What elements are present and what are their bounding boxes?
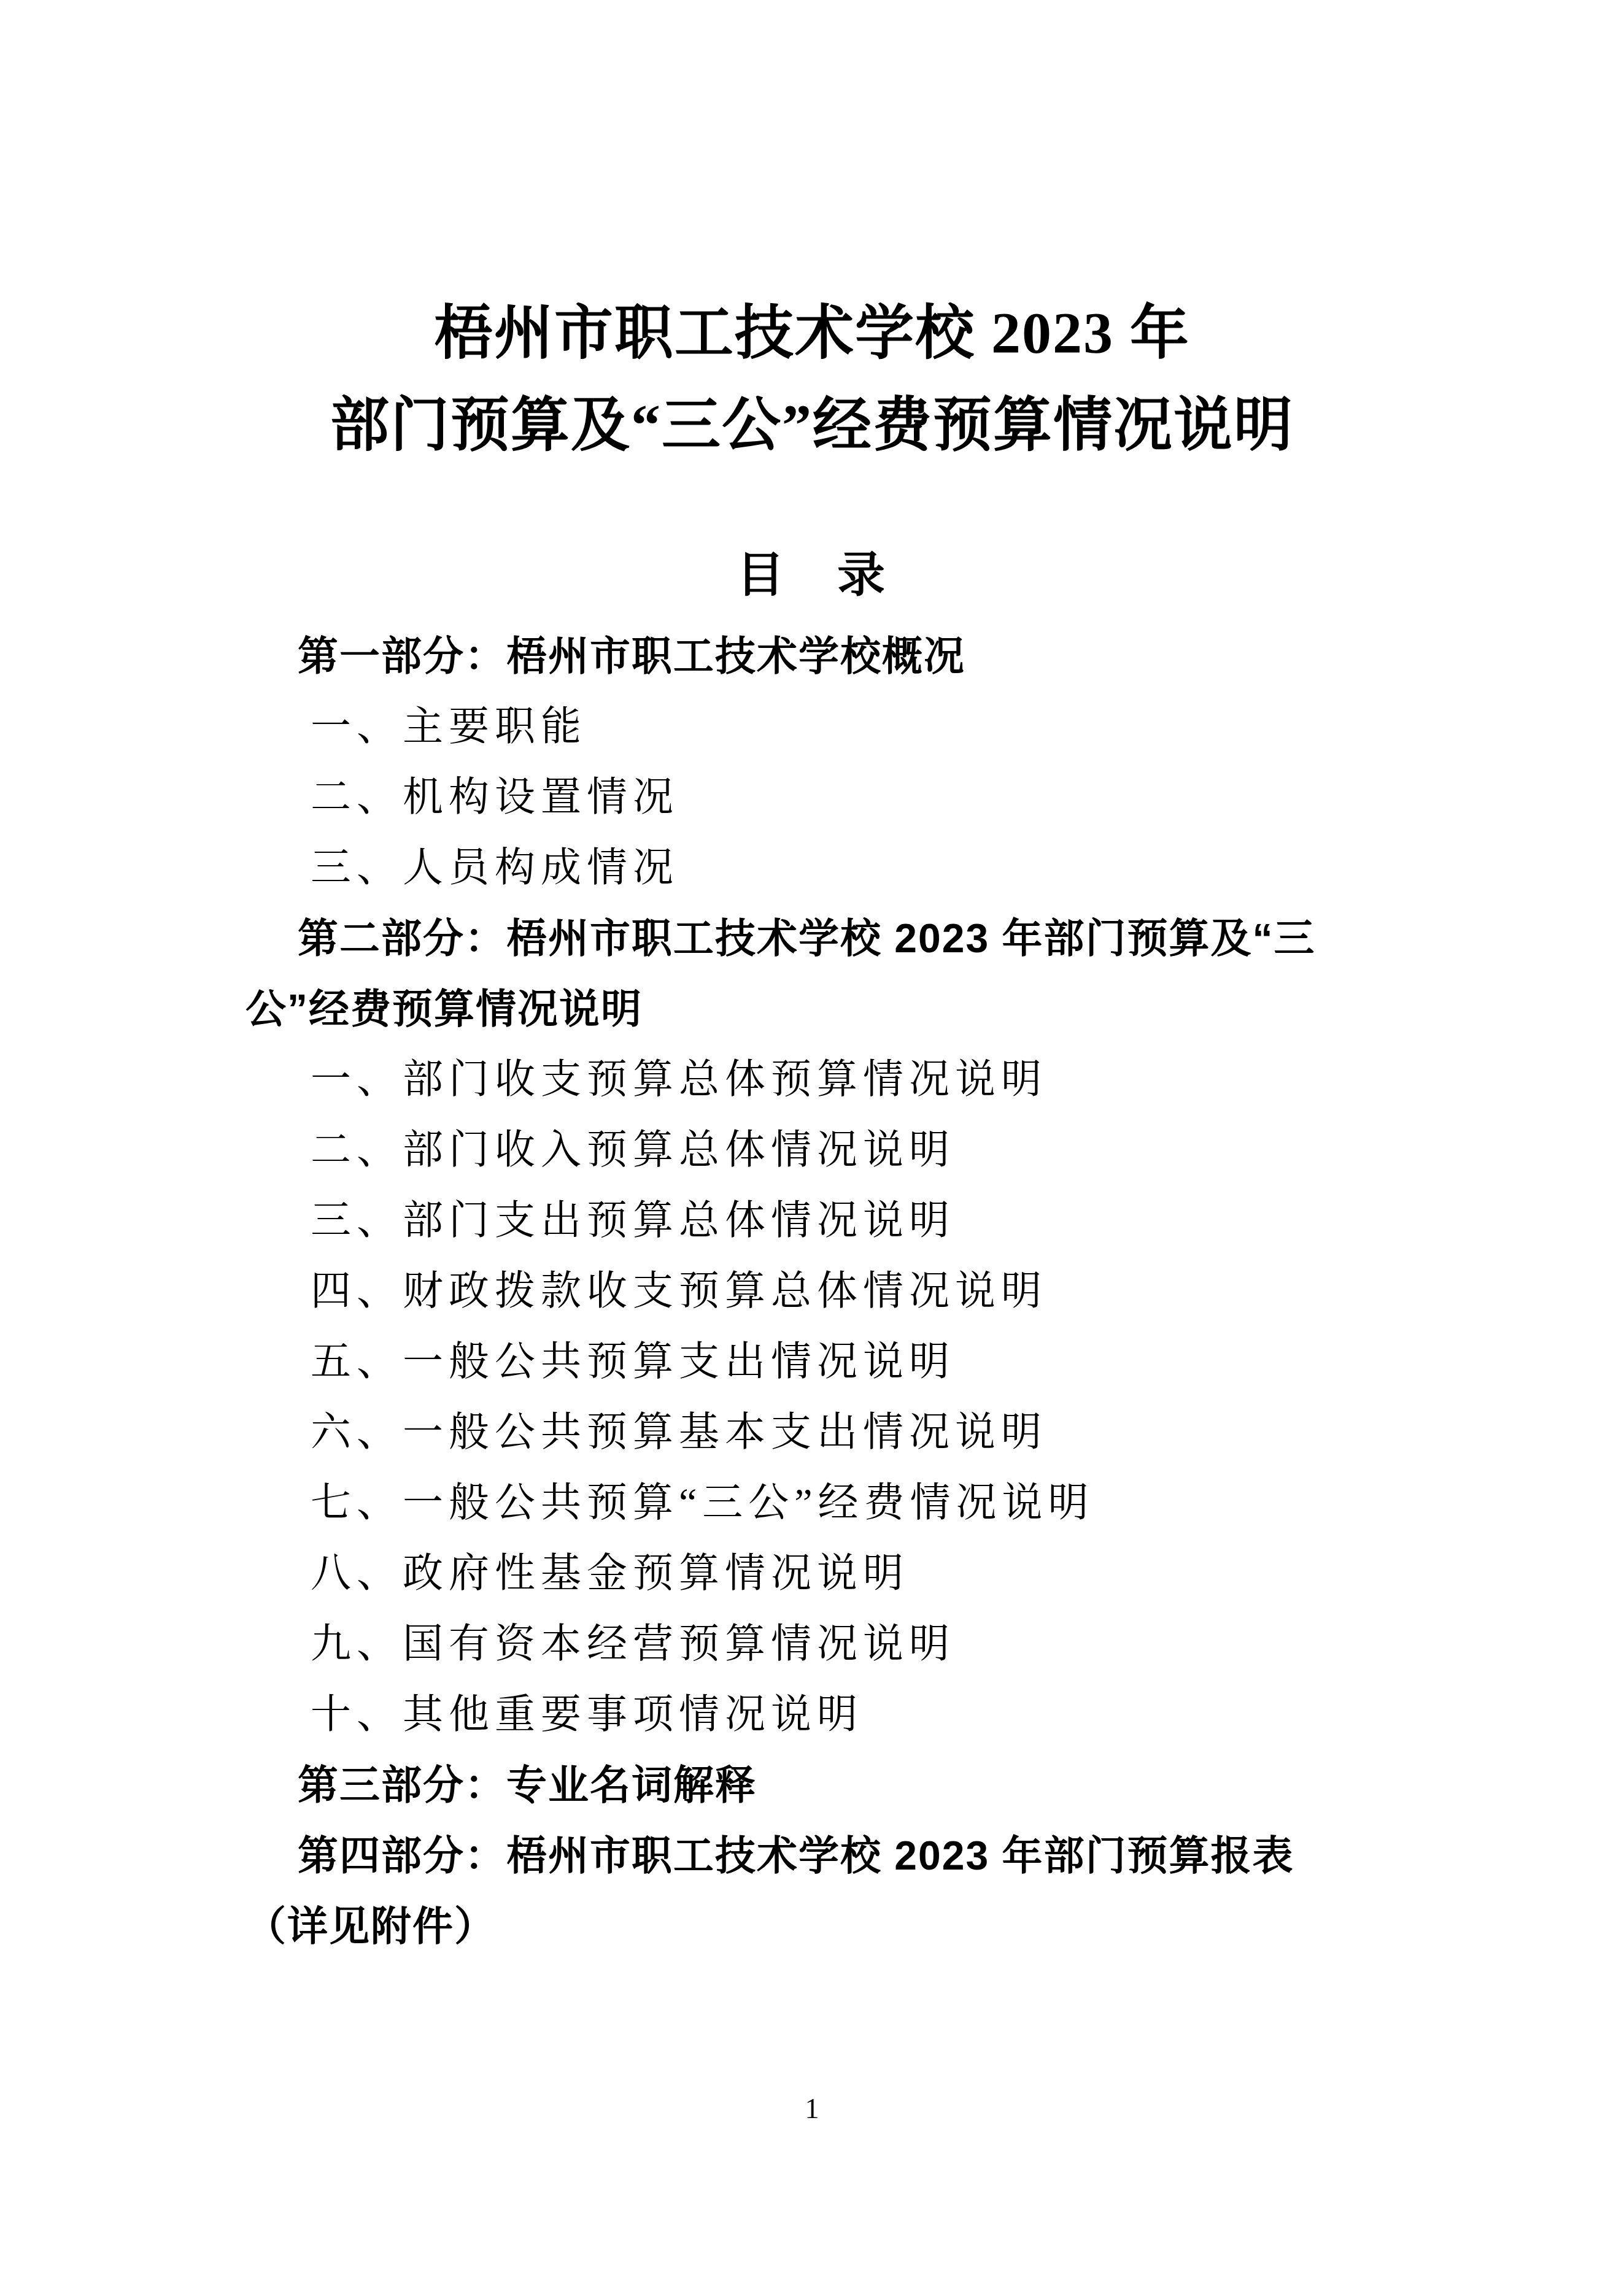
toc-item: 八、政府性基金预算情况说明 [246,1538,1381,1609]
toc-heading: 目 录 [0,537,1624,612]
toc-item: 二、部门收入预算总体情况说明 [246,1115,1381,1185]
toc-item: 二、机构设置情况 [246,762,1381,833]
toc-item: 五、一般公共预算支出情况说明 [246,1327,1381,1397]
toc-list: 第一部分：梧州市职工技术学校概况一、主要职能二、机构设置情况三、人员构成情况第二… [246,621,1381,1962]
page-number: 1 [0,2094,1624,2124]
document-title: 梧州市职工技术学校 2023 年 部门预算及“三公”经费预算情况说明 [221,0,1403,471]
document-title-line1: 梧州市职工技术学校 2023 年 [221,287,1403,379]
toc-item: 十、其他重要事项情况说明 [246,1679,1381,1750]
toc-item: 六、一般公共预算基本支出情况说明 [246,1397,1381,1468]
toc-part-heading: 第一部分：梧州市职工技术学校概况 [246,621,1381,691]
toc-item: 四、财政拨款收支预算总体情况说明 [246,1256,1381,1327]
toc-item: 一、部门收支预算总体预算情况说明 [246,1044,1381,1115]
toc-part-heading: 第三部分：专业名词解释 [246,1750,1381,1820]
toc-item: 一、主要职能 [246,691,1381,762]
toc-part-heading-continued: 公”经费预算情况说明 [246,974,1381,1044]
document-title-line2: 部门预算及“三公”经费预算情况说明 [221,379,1403,471]
toc-part-heading: 第二部分：梧州市职工技术学校 2023 年部门预算及“三 [246,903,1381,974]
toc-part-heading: 第四部分：梧州市职工技术学校 2023 年部门预算报表 [246,1820,1381,1891]
toc-part-heading-continued: （详见附件） [246,1891,1381,1962]
toc-item: 三、人员构成情况 [246,833,1381,903]
document-page: 梧州市职工技术学校 2023 年 部门预算及“三公”经费预算情况说明 目 录 第… [0,0,1624,2296]
toc-item: 九、国有资本经营预算情况说明 [246,1609,1381,1679]
toc-item: 三、部门支出预算总体情况说明 [246,1185,1381,1256]
toc-item: 七、一般公共预算“三公”经费情况说明 [246,1468,1381,1538]
